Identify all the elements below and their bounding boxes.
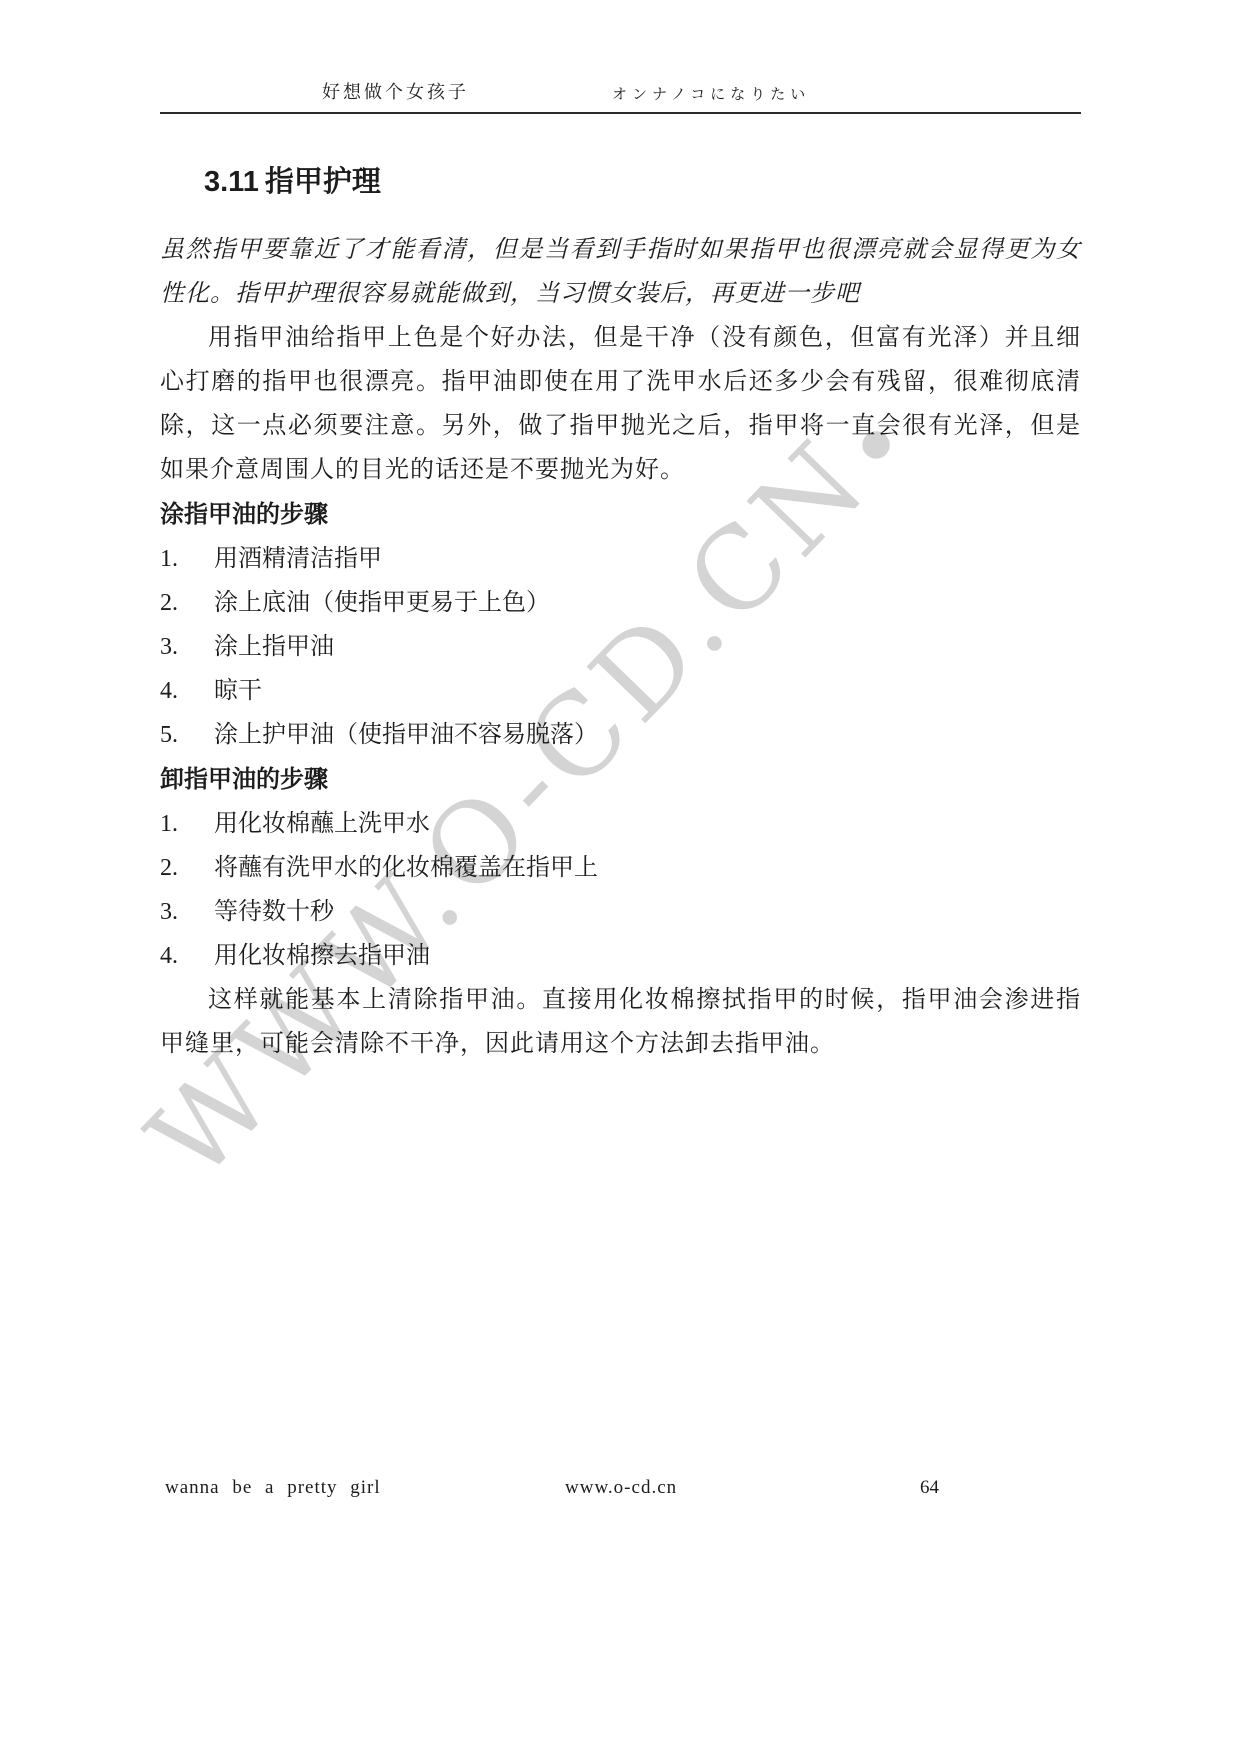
list-item: 4. 晾干 <box>160 669 1081 713</box>
list-item: 3. 涂上指甲油 <box>160 625 1081 669</box>
list-item-number: 3. <box>160 890 214 934</box>
list-item: 3. 等待数十秒 <box>160 890 1081 934</box>
list-item: 2. 涂上底油（使指甲更易于上色） <box>160 581 1081 625</box>
list-item-text: 涂上底油（使指甲更易于上色） <box>214 581 1081 625</box>
list-item: 2. 将蘸有洗甲水的化妆棉覆盖在指甲上 <box>160 846 1081 890</box>
list-item-text: 等待数十秒 <box>214 890 1081 934</box>
list-item-number: 5. <box>160 713 214 757</box>
document-page: WWW.O-CD.CN● 好想做个女孩子 オンナノコになりたい 3.11指甲护理… <box>0 0 1241 1755</box>
header-title-chinese: 好想做个女孩子 <box>322 78 469 104</box>
list-item: 1. 用化妆棉蘸上洗甲水 <box>160 802 1081 846</box>
list-item-number: 4. <box>160 934 214 978</box>
remove-steps-list: 1. 用化妆棉蘸上洗甲水 2. 将蘸有洗甲水的化妆棉覆盖在指甲上 3. 等待数十… <box>160 802 1081 978</box>
list-item-text: 涂上指甲油 <box>214 625 1081 669</box>
footer-url: www.o-cd.cn <box>565 1477 677 1499</box>
list-item-text: 将蘸有洗甲水的化妆棉覆盖在指甲上 <box>214 846 1081 890</box>
list-item-text: 用化妆棉擦去指甲油 <box>214 934 1081 978</box>
list-item-number: 2. <box>160 581 214 625</box>
section-title-text: 指甲护理 <box>265 166 381 198</box>
remove-steps-heading: 卸指甲油的步骤 <box>160 757 1081 802</box>
page-content: 3.11指甲护理 虽然指甲要靠近了才能看清，但是当看到手指时如果指甲也很漂亮就会… <box>160 116 1081 1066</box>
list-item-number: 1. <box>160 802 214 846</box>
list-item-text: 涂上护甲油（使指甲油不容易脱落） <box>214 713 1081 757</box>
header-title-japanese: オンナノコになりたい <box>612 83 810 104</box>
list-item: 1. 用酒精清洁指甲 <box>160 537 1081 581</box>
list-item-text: 用化妆棉蘸上洗甲水 <box>214 802 1081 846</box>
footer-slogan: wanna be a pretty girl <box>165 1477 381 1499</box>
intro-paragraph: 虽然指甲要靠近了才能看清，但是当看到手指时如果指甲也很漂亮就会显得更为女性化。指… <box>160 228 1081 316</box>
list-item-number: 3. <box>160 625 214 669</box>
section-title: 3.11指甲护理 <box>204 162 1081 202</box>
page-header: 好想做个女孩子 オンナノコになりたい <box>160 0 1081 114</box>
page-number: 64 <box>920 1477 939 1499</box>
list-item: 5. 涂上护甲油（使指甲油不容易脱落） <box>160 713 1081 757</box>
list-item-number: 4. <box>160 669 214 713</box>
page-footer: wanna be a pretty girl www.o-cd.cn 64 <box>0 1477 1241 1507</box>
list-item-number: 2. <box>160 846 214 890</box>
body-paragraph: 用指甲油给指甲上色是个好办法，但是干净（没有颜色，但富有光泽）并且细心打磨的指甲… <box>160 316 1081 492</box>
apply-steps-list: 1. 用酒精清洁指甲 2. 涂上底油（使指甲更易于上色） 3. 涂上指甲油 4.… <box>160 537 1081 757</box>
apply-steps-heading: 涂指甲油的步骤 <box>160 492 1081 537</box>
list-item-text: 用酒精清洁指甲 <box>214 537 1081 581</box>
list-item-number: 1. <box>160 537 214 581</box>
list-item-text: 晾干 <box>214 669 1081 713</box>
closing-paragraph: 这样就能基本上清除指甲油。直接用化妆棉擦拭指甲的时候，指甲油会渗进指甲缝里，可能… <box>160 978 1081 1066</box>
list-item: 4. 用化妆棉擦去指甲油 <box>160 934 1081 978</box>
section-number: 3.11 <box>204 166 259 198</box>
